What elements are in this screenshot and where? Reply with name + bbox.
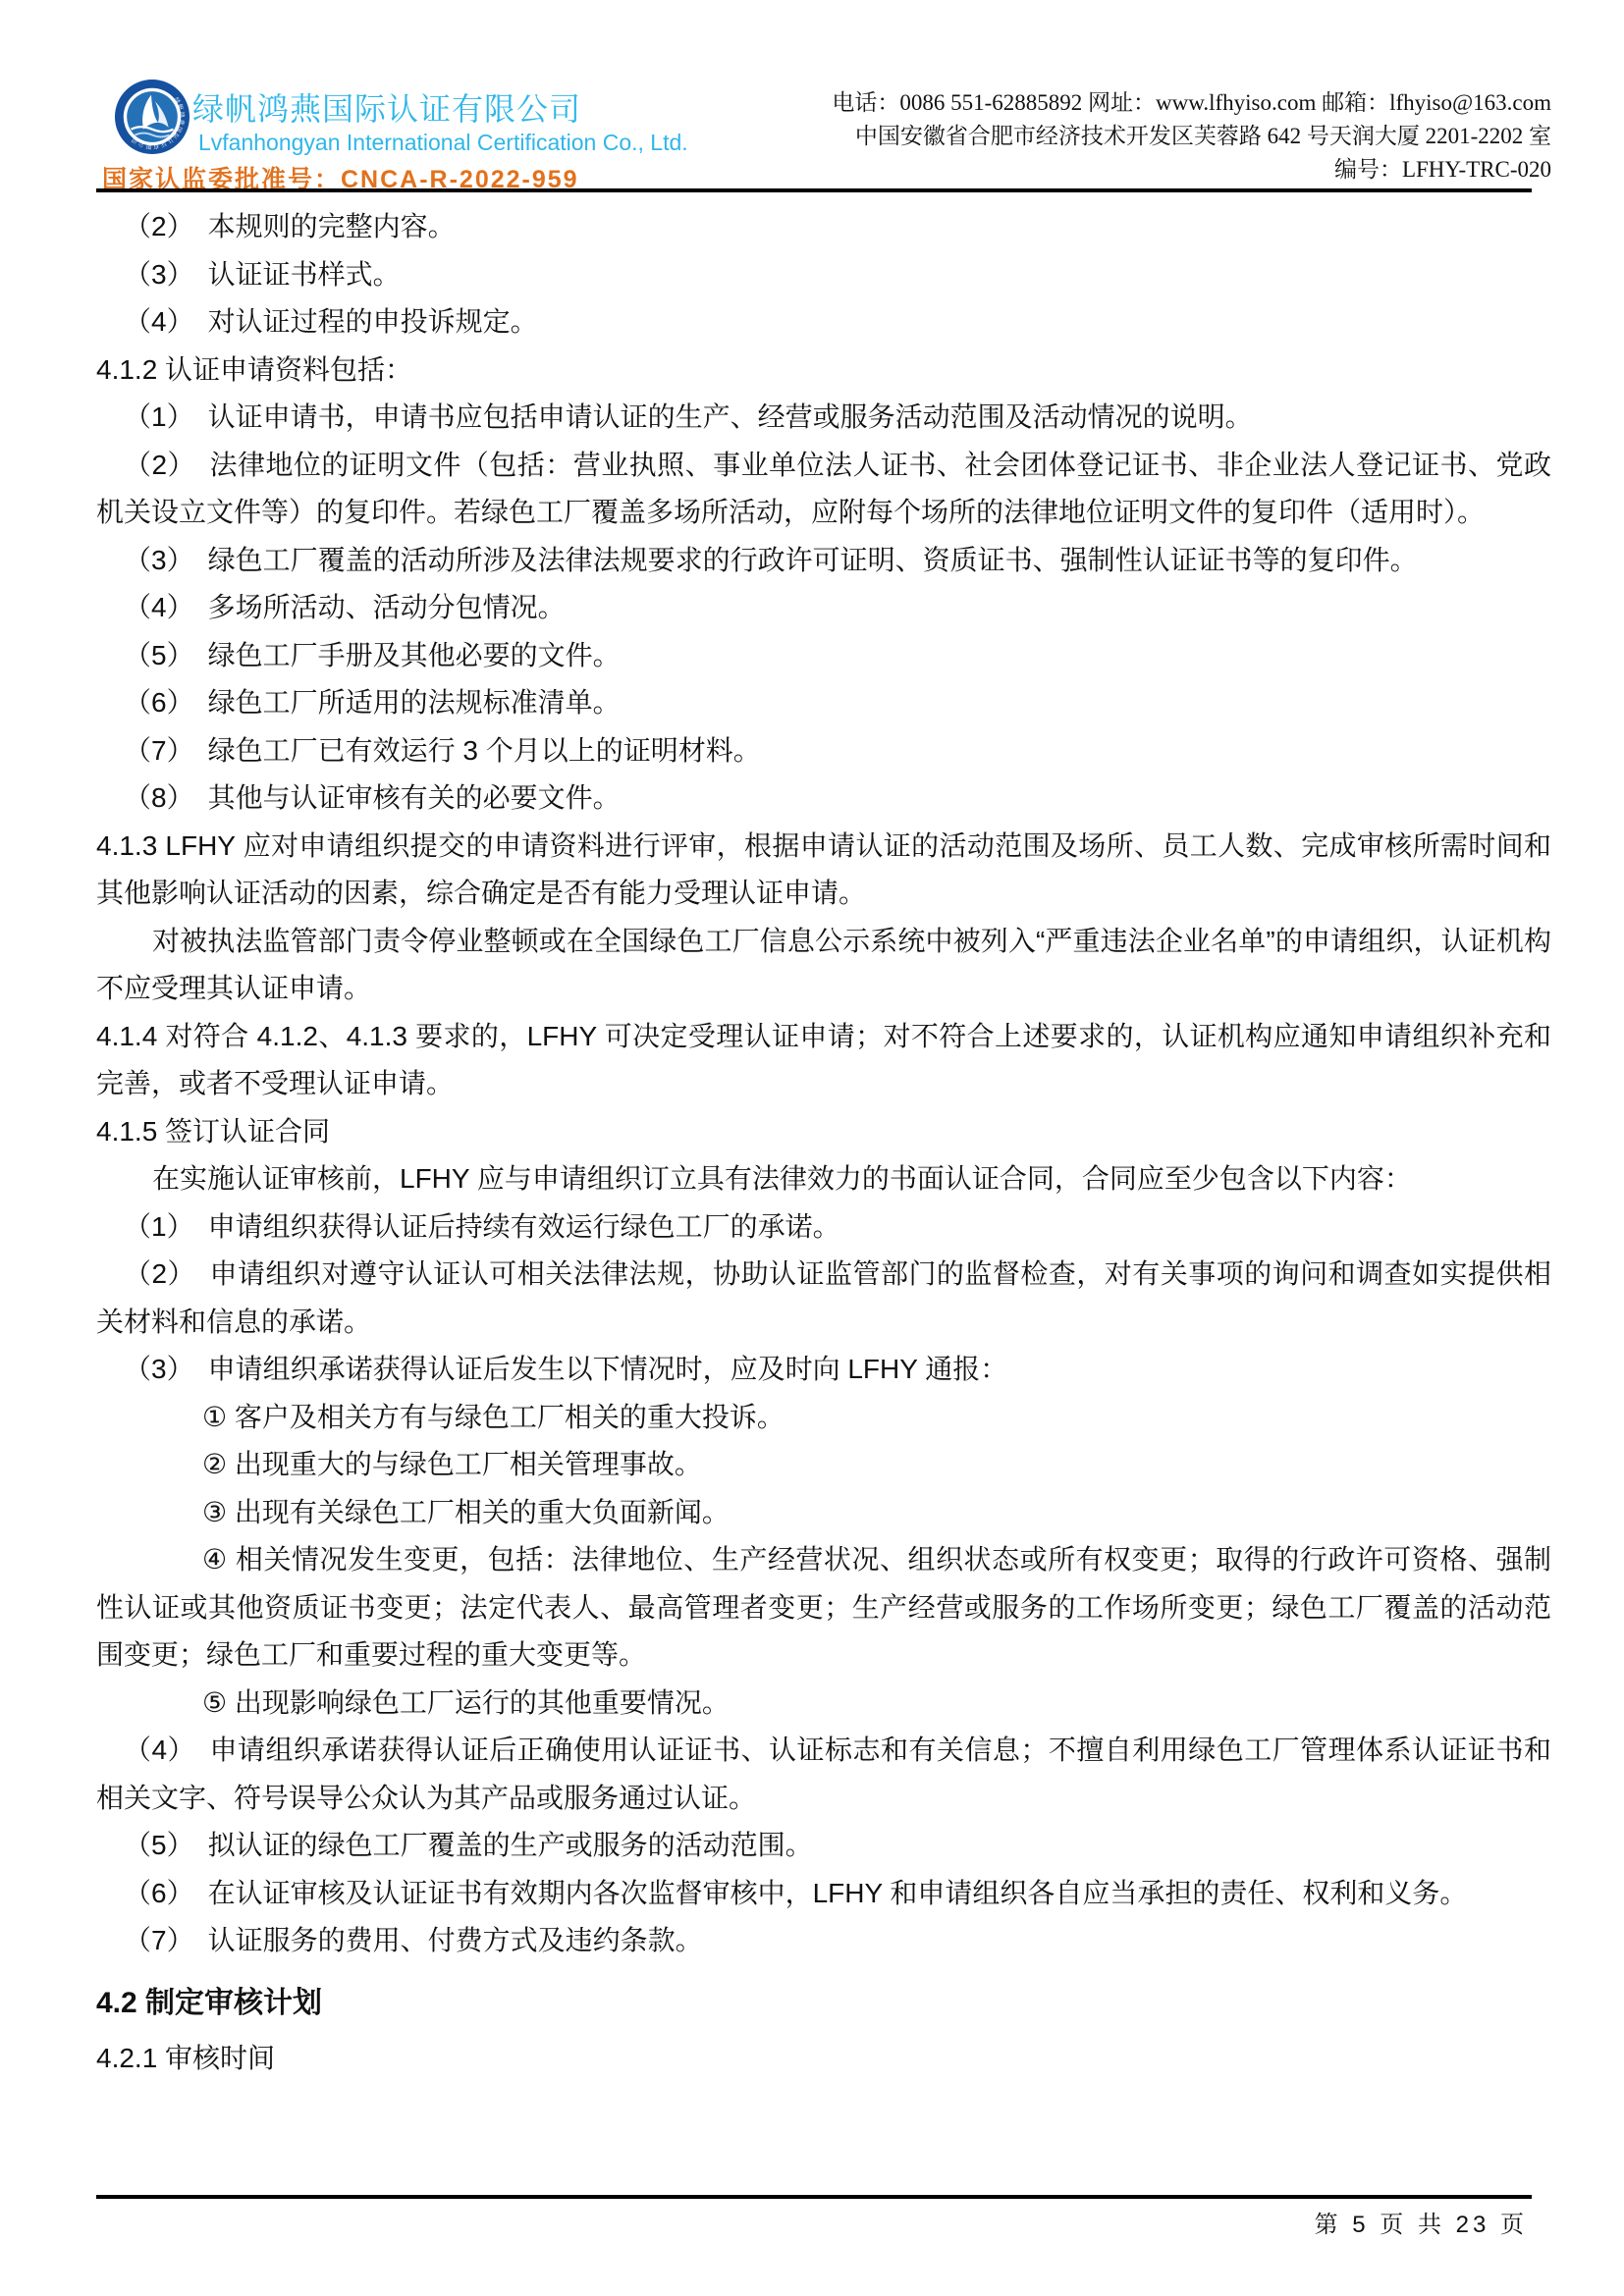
body-paragraph: 4.1.3 LFHY 应对申请组织提交的申请资料进行评审，根据申请认证的活动范围…: [96, 823, 1551, 918]
body-paragraph: 4.1.5 签订认证合同: [96, 1108, 1551, 1156]
doc-number: 编号：LFHY-TRC-020: [628, 153, 1551, 187]
contact-phone-line: 电话：0086 551-62885892 网址：www.lfhyiso.com …: [628, 86, 1551, 120]
body-paragraph: （4） 多场所活动、活动分包情况。: [96, 584, 1551, 632]
body-paragraph: （4） 申请组织承诺获得认证后正确使用认证证书、认证标志和有关信息；不擅自利用绿…: [96, 1727, 1551, 1822]
body-paragraph: 4.2.1 审核时间: [96, 2035, 1551, 2083]
body-paragraph: （6） 绿色工厂所适用的法规标准清单。: [96, 679, 1551, 727]
letterhead: 绿帆鸿燕国际认证有限公司 绿帆鸿燕国际认证有限公司 Lvfanhongyan I…: [0, 0, 1624, 196]
body-paragraph: （3） 申请组织承诺获得认证后发生以下情况时，应及时向 LFHY 通报：: [96, 1346, 1551, 1394]
company-logo-icon: 绿帆鸿燕国际认证有限公司: [114, 79, 190, 155]
body-paragraph: （5） 拟认证的绿色工厂覆盖的生产或服务的活动范围。: [96, 1822, 1551, 1870]
body-paragraph: （2） 本规则的完整内容。: [96, 203, 1551, 251]
company-name-en: Lvfanhongyan International Certification…: [198, 130, 688, 156]
body-paragraph: ① 客户及相关方有与绿色工厂相关的重大投诉。: [96, 1394, 1551, 1442]
body-paragraph: （7） 绿色工厂已有效运行 3 个月以上的证明材料。: [96, 727, 1551, 775]
body-paragraph: ③ 出现有关绿色工厂相关的重大负面新闻。: [96, 1489, 1551, 1537]
section-heading: 4.2 制定审核计划: [96, 1980, 1551, 2028]
body-paragraph: （8） 其他与认证审核有关的必要文件。: [96, 774, 1551, 823]
body-paragraph: （2） 申请组织对遵守认证认可相关法律法规，协助认证监管部门的监督检查，对有关事…: [96, 1251, 1551, 1346]
body-paragraph: ② 出现重大的与绿色工厂相关管理事故。: [96, 1441, 1551, 1489]
body-paragraph: 在实施认证审核前，LFHY 应与申请组织订立具有法律效力的书面认证合同，合同应至…: [96, 1155, 1551, 1203]
body-paragraph: （5） 绿色工厂手册及其他必要的文件。: [96, 632, 1551, 680]
body-paragraph: 对被执法监管部门责令停业整顿或在全国绿色工厂信息公示系统中被列入“严重违法企业名…: [96, 918, 1551, 1013]
body-paragraph: 4.1.2 认证申请资料包括：: [96, 347, 1551, 395]
document-page: 绿帆鸿燕国际认证有限公司 绿帆鸿燕国际认证有限公司 Lvfanhongyan I…: [0, 0, 1624, 2296]
body-paragraph: （3） 认证证书样式。: [96, 251, 1551, 299]
body-paragraph: （6） 在认证审核及认证证书有效期内各次监督审核中，LFHY 和申请组织各自应当…: [96, 1870, 1551, 1918]
body-paragraph: ④ 相关情况发生变更，包括：法律地位、生产经营状况、组织状态或所有权变更；取得的…: [96, 1536, 1551, 1680]
document-body: （2） 本规则的完整内容。（3） 认证证书样式。（4） 对认证过程的申投诉规定。…: [96, 203, 1551, 2083]
company-name-cn: 绿帆鸿燕国际认证有限公司: [192, 84, 581, 130]
contact-address-line: 中国安徽省合肥市经济技术开发区芙蓉路 642 号天润大厦 2201-2202 室: [628, 120, 1551, 153]
body-paragraph: （2） 法律地位的证明文件（包括：营业执照、事业单位法人证书、社会团体登记证书、…: [96, 442, 1551, 537]
body-paragraph: 4.1.4 对符合 4.1.2、4.1.3 要求的，LFHY 可决定受理认证申请…: [96, 1013, 1551, 1108]
contact-info: 电话：0086 551-62885892 网址：www.lfhyiso.com …: [628, 86, 1551, 187]
body-paragraph: （1） 认证申请书，申请书应包括申请认证的生产、经营或服务活动范围及活动情况的说…: [96, 394, 1551, 442]
body-paragraph: （7） 认证服务的费用、付费方式及违约条款。: [96, 1917, 1551, 1965]
body-paragraph: （4） 对认证过程的申投诉规定。: [96, 298, 1551, 347]
body-paragraph: （1） 申请组织获得认证后持续有效运行绿色工厂的承诺。: [96, 1203, 1551, 1252]
body-paragraph: ⑤ 出现影响绿色工厂运行的其他重要情况。: [96, 1680, 1551, 1728]
footer-divider: [96, 2195, 1532, 2199]
page-number: 第 5 页 共 23 页: [1315, 2205, 1528, 2239]
header-divider: [96, 188, 1532, 192]
body-paragraph: （3） 绿色工厂覆盖的活动所涉及法律法规要求的行政许可证明、资质证书、强制性认证…: [96, 537, 1551, 585]
